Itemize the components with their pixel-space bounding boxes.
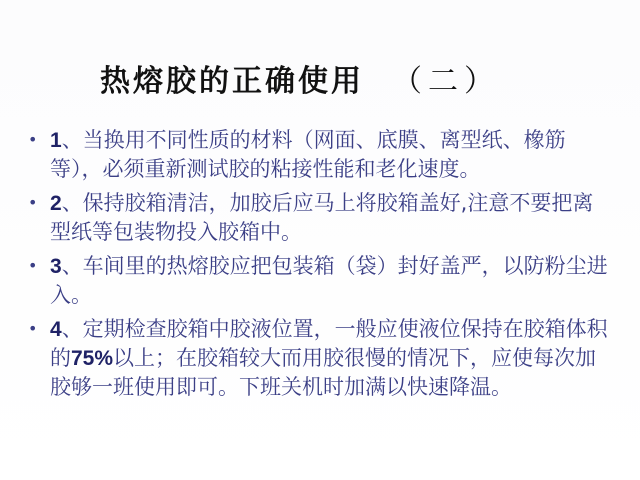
slide-title: 热熔胶的正确使用（二） [100,56,560,100]
bullet-item-4: • 4、定期检查胶箱中胶液位置，一般应使液位保持在胶箱体积的75%以上；在胶箱较… [28,315,608,401]
bullet-text: 、当换用不同性质的材料（网面、底膜、离型纸、橡筋等），必须重新测试胶的粘接性能和… [50,128,566,181]
bullet-number: 3 [50,255,62,278]
bullet-list: • 1、当换用不同性质的材料（网面、底膜、离型纸、橡筋等），必须重新测试胶的粘接… [28,126,608,406]
bullet-dot-icon: • [28,252,37,280]
slide: 热熔胶的正确使用（二） • 1、当换用不同性质的材料（网面、底膜、离型纸、橡筋等… [0,0,640,480]
bullet-item-1: • 1、当换用不同性质的材料（网面、底膜、离型纸、橡筋等），必须重新测试胶的粘接… [28,126,608,183]
bullet-number: 1 [50,129,62,152]
bullet-dot-icon: • [28,189,37,217]
bullet-text-after: 以上；在胶箱较大而用胶很慢的情况下，应使每次加胶够一班使用即可。下班关机时加满以… [50,346,596,399]
bullet-item-2: • 2、保持胶箱清洁，加胶后应马上将胶箱盖好,注意不要把离型纸等包装物投入胶箱中… [28,189,608,246]
slide-title-main: 热熔胶的正确使用 [100,64,364,99]
bullet-dot-icon: • [28,126,37,154]
slide-title-suffix: （二） [392,64,500,99]
bullet-highlight-percent: 75% [71,347,113,370]
bullet-item-3: • 3、车间里的热熔胶应把包装箱（袋）封好盖严，以防粉尘进入。 [28,252,608,309]
bullet-number: 4 [50,318,62,341]
bullet-text: 、车间里的热熔胶应把包装箱（袋）封好盖严，以防粉尘进入。 [50,254,608,307]
bullet-dot-icon: • [28,315,37,343]
bullet-text: 、保持胶箱清洁，加胶后应马上将胶箱盖好,注意不要把离型纸等包装物投入胶箱中。 [50,191,593,244]
bullet-number: 2 [50,192,62,215]
